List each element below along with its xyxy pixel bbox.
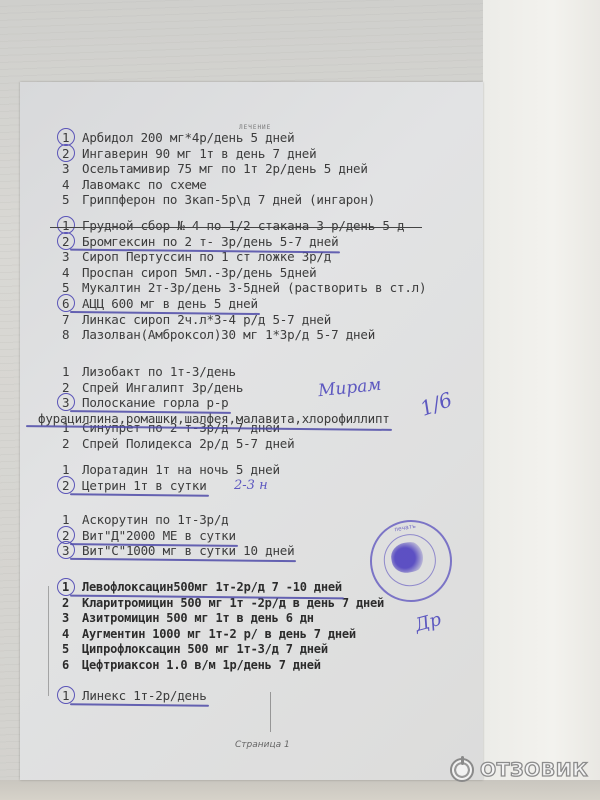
pen-circle-mark <box>57 578 75 596</box>
item-text: Аскорутин по 1т-3р/д <box>82 512 229 527</box>
item-number: 3 <box>62 249 76 264</box>
item-text: Лазолван(Амброксол)30 мг 1*3р/д 5-7 дней <box>82 327 375 342</box>
item-text: Вит"Д"2000 МЕ в сутки <box>82 528 236 543</box>
item-number: 2 <box>62 234 76 249</box>
pen-circle-mark <box>57 144 75 162</box>
item-text: Осельтамивир 75 мг по 1т 2р/день 5 дней <box>82 161 368 176</box>
item-text: Цефтриаксон 1.0 в/м 1р/день 7 дней <box>82 658 321 672</box>
item-number: 2 <box>62 478 76 493</box>
item-text: Гриппферон по 3кап-5р\д 7 дней (ингарон) <box>82 192 375 207</box>
item-number: 4 <box>62 265 76 280</box>
handwritten-note-cetrin: 2-3 н <box>234 478 268 493</box>
item-number: 1 <box>62 420 76 435</box>
item-text: Спрей Полидекса 2р/д 5-7 дней <box>82 436 294 451</box>
pen-circle-mark <box>57 476 75 494</box>
table-edge <box>0 780 600 800</box>
item-number: 7 <box>62 312 76 327</box>
item-text: Лизобакт по 1т-3/день <box>82 364 236 379</box>
otzovik-watermark: ОТЗОВИК <box>450 758 588 782</box>
item-number: 4 <box>62 627 76 641</box>
item-number: 3 <box>62 395 76 410</box>
item-number: 4 <box>62 177 76 192</box>
item-number: 1 <box>62 364 76 379</box>
margin-line <box>48 586 49 696</box>
item-number: 1 <box>62 462 76 477</box>
item-text: Бромгексин по 2 т- 3р/день 5-7 дней <box>82 234 338 249</box>
item-text: Арбидол 200 мг*4р/день 5 дней <box>82 130 294 145</box>
item-number: 6 <box>62 296 76 311</box>
item-text: Мукалтин 2т-3р/день 3-5дней (растворить … <box>82 280 426 295</box>
strikethrough-line <box>50 227 422 228</box>
item-number: 6 <box>62 658 76 672</box>
pen-circle-mark <box>57 294 75 312</box>
item-text: Ципрофлоксацин 500 мг 1т-3/д 7 дней <box>82 642 328 656</box>
page-footer: Страница 1 <box>235 740 290 750</box>
item-text: Ингаверин 90 мг 1т в день 7 дней <box>82 146 316 161</box>
item-text: Азитромицин 500 мг 1т в день 6 дн <box>82 611 314 625</box>
item-number: 3 <box>62 543 76 558</box>
otzovik-power-icon <box>450 758 474 782</box>
item-number: 5 <box>62 192 76 207</box>
item-number: 1 <box>62 130 76 145</box>
pen-circle-mark <box>57 232 75 250</box>
item-text: Цетрин 1т в сутки <box>82 478 207 493</box>
item-number: 1 <box>62 688 76 703</box>
item-text: Лавомакс по схеме <box>82 177 207 192</box>
watermark-brand: ОТЗОВИК <box>480 759 588 781</box>
item-text: Проспан сироп 5мл.-3р/день 5дней <box>82 265 316 280</box>
underlying-page <box>483 0 600 800</box>
item-number: 2 <box>62 146 76 161</box>
item-number: 2 <box>62 596 76 610</box>
item-number: 3 <box>62 611 76 625</box>
item-text: Лоратадин 1т на ночь 5 дней <box>82 462 280 477</box>
item-text: Линекс 1т-2р/день <box>82 688 207 703</box>
item-number: 3 <box>62 161 76 176</box>
item-text: Спрей Ингалипт 3р/день <box>82 380 243 395</box>
item-text: Левофлоксацин500мг 1т-2р/д 7 -10 дней <box>82 580 342 594</box>
item-number: 5 <box>62 642 76 656</box>
item-number: 1 <box>62 218 76 233</box>
item-number: 2 <box>62 436 76 451</box>
item-number: 1 <box>62 580 76 594</box>
pen-circle-mark <box>57 393 75 411</box>
item-text: Грудной сбор № 4 по 1/2 стакана 3 р/день… <box>82 218 404 233</box>
item-text: Полоскание горла р-р <box>82 395 229 410</box>
item-text: Аугментин 1000 мг 1т-2 р/ в день 7 дней <box>82 627 356 641</box>
pen-circle-mark <box>57 686 75 704</box>
item-text: АЦЦ 600 мг в день 5 дней <box>82 296 258 311</box>
item-number: 1 <box>62 512 76 527</box>
item-number: 8 <box>62 327 76 342</box>
margin-line <box>270 692 271 732</box>
